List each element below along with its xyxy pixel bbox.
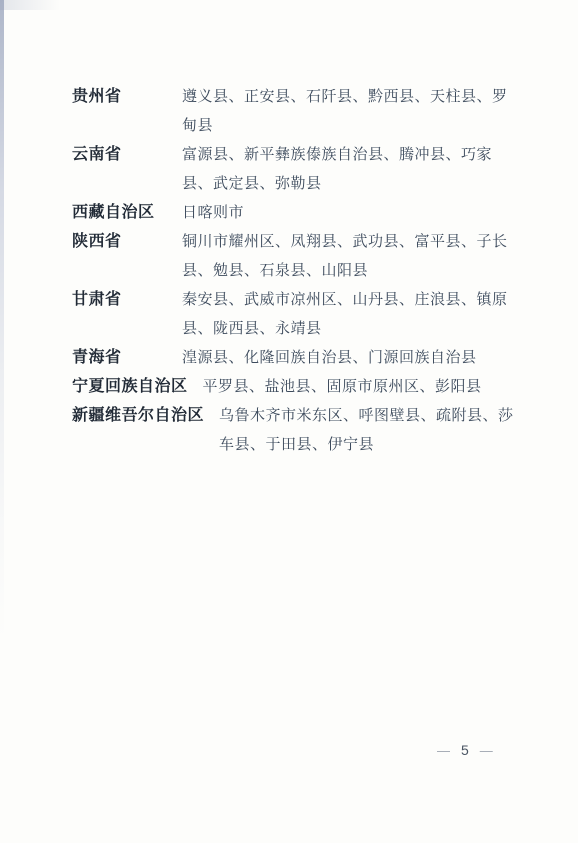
region-row: 宁夏回族自治区 平罗县、盐池县、固原市原州区、彭阳县 bbox=[72, 372, 542, 401]
region-label: 陕西省 bbox=[72, 227, 167, 256]
county-list: 湟源县、化隆回族自治县、门源回族自治县 bbox=[182, 343, 542, 372]
region-row: 陕西省 铜川市耀州区、凤翔县、武功县、富平县、子长县、勉县、石泉县、山阳县 bbox=[72, 227, 542, 285]
region-label: 宁夏回族自治区 bbox=[72, 372, 188, 401]
region-label: 西藏自治区 bbox=[72, 198, 167, 227]
county-line: 富源县、新平彝族傣族自治县、腾冲县、巧家 bbox=[182, 140, 542, 169]
region-list: 贵州省 遵义县、正安县、石阡县、黔西县、天柱县、罗甸县 云南省 富源县、新平彝族… bbox=[72, 82, 542, 459]
county-list: 富源县、新平彝族傣族自治县、腾冲县、巧家县、武定县、弥勒县 bbox=[182, 140, 542, 198]
county-line: 县、勉县、石泉县、山阳县 bbox=[182, 256, 542, 285]
region-label: 云南省 bbox=[72, 140, 167, 169]
county-line: 甸县 bbox=[182, 111, 542, 140]
region-row: 青海省 湟源县、化隆回族自治县、门源回族自治县 bbox=[72, 343, 542, 372]
county-line: 铜川市耀州区、凤翔县、武功县、富平县、子长 bbox=[182, 227, 542, 256]
county-line: 乌鲁木齐市米东区、呼图壁县、疏附县、莎 bbox=[219, 401, 542, 430]
county-line: 湟源县、化隆回族自治县、门源回族自治县 bbox=[182, 343, 542, 372]
county-line: 车县、于田县、伊宁县 bbox=[219, 430, 542, 459]
region-row: 甘肃省 秦安县、武威市凉州区、山丹县、庄浪县、镇原县、陇西县、永靖县 bbox=[72, 285, 542, 343]
region-label: 青海省 bbox=[72, 343, 167, 372]
region-label: 新疆维吾尔自治区 bbox=[72, 401, 204, 430]
county-line: 县、武定县、弥勒县 bbox=[182, 169, 542, 198]
county-list: 乌鲁木齐市米东区、呼图壁县、疏附县、莎车县、于田县、伊宁县 bbox=[219, 401, 542, 459]
county-line: 县、陇西县、永靖县 bbox=[182, 314, 542, 343]
county-list: 日喀则市 bbox=[182, 198, 542, 227]
region-row: 贵州省 遵义县、正安县、石阡县、黔西县、天柱县、罗甸县 bbox=[72, 82, 542, 140]
page-number-dash-right: — bbox=[480, 744, 493, 757]
county-list: 铜川市耀州区、凤翔县、武功县、富平县、子长县、勉县、石泉县、山阳县 bbox=[182, 227, 542, 285]
scan-edge-artifact bbox=[0, 0, 4, 640]
county-list: 秦安县、武威市凉州区、山丹县、庄浪县、镇原县、陇西县、永靖县 bbox=[182, 285, 542, 343]
county-line: 日喀则市 bbox=[182, 198, 542, 227]
region-row: 西藏自治区 日喀则市 bbox=[72, 198, 542, 227]
page-number-value: 5 bbox=[461, 742, 469, 758]
document-page: 贵州省 遵义县、正安县、石阡县、黔西县、天柱县、罗甸县 云南省 富源县、新平彝族… bbox=[0, 0, 578, 843]
region-row: 云南省 富源县、新平彝族傣族自治县、腾冲县、巧家县、武定县、弥勒县 bbox=[72, 140, 542, 198]
county-line: 秦安县、武威市凉州区、山丹县、庄浪县、镇原 bbox=[182, 285, 542, 314]
region-label: 贵州省 bbox=[72, 82, 167, 111]
county-line: 遵义县、正安县、石阡县、黔西县、天柱县、罗 bbox=[182, 82, 542, 111]
region-row: 新疆维吾尔自治区 乌鲁木齐市米东区、呼图壁县、疏附县、莎车县、于田县、伊宁县 bbox=[72, 401, 542, 459]
region-label: 甘肃省 bbox=[72, 285, 167, 314]
scan-corner-artifact bbox=[0, 0, 60, 10]
county-list: 遵义县、正安县、石阡县、黔西县、天柱县、罗甸县 bbox=[182, 82, 542, 140]
page-number-dash-left: — bbox=[437, 744, 450, 757]
county-list: 平罗县、盐池县、固原市原州区、彭阳县 bbox=[203, 372, 542, 401]
page-number: — 5 — bbox=[437, 742, 493, 758]
county-line: 平罗县、盐池县、固原市原州区、彭阳县 bbox=[203, 372, 542, 401]
